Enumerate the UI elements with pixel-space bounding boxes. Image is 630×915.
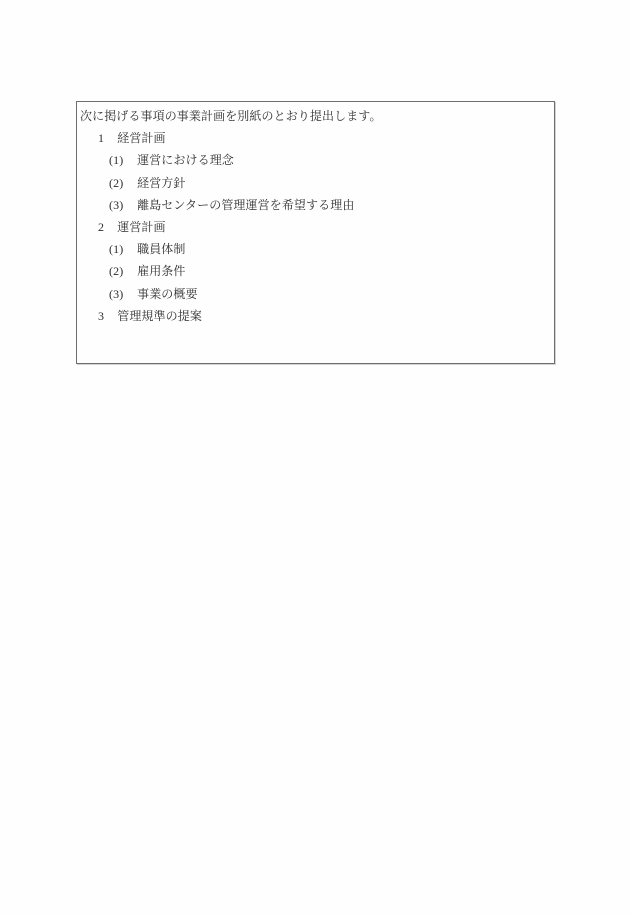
item-number: 3 [98, 305, 104, 327]
item-number: (1) [109, 149, 125, 171]
item-number: (3) [109, 283, 125, 305]
item-number: (2) [109, 172, 125, 194]
item-label: 運営における理念 [137, 153, 234, 167]
item-number: (3) [109, 194, 125, 216]
list-item: (1) 職員体制 [80, 238, 550, 260]
list-item: 1 経営計画 [80, 127, 550, 149]
list-item: (2) 雇用条件 [80, 260, 550, 282]
item-label: 経営方針 [137, 176, 185, 190]
item-number: (2) [109, 260, 125, 282]
item-label: 離島センターの管理運営を希望する理由 [137, 198, 354, 212]
item-number: 1 [98, 127, 104, 149]
item-label: 事業の概要 [137, 287, 198, 301]
item-label: 雇用条件 [137, 264, 185, 278]
item-label: 運営計画 [117, 220, 165, 234]
list-item: 2 運営計画 [80, 216, 550, 238]
item-number: 2 [98, 216, 104, 238]
document-page: 次に掲げる事項の事業計画を別紙のとおり提出します。 1 経営計画 (1) 運営に… [0, 0, 630, 915]
item-label: 管理規準の提案 [117, 309, 202, 323]
business-plan-box: 次に掲げる事項の事業計画を別紙のとおり提出します。 1 経営計画 (1) 運営に… [76, 101, 555, 364]
item-number: (1) [109, 238, 125, 260]
list-item: 3 管理規準の提案 [80, 305, 550, 327]
intro-line: 次に掲げる事項の事業計画を別紙のとおり提出します。 [80, 105, 550, 127]
list-item: (2) 経営方針 [80, 172, 550, 194]
item-label: 職員体制 [137, 242, 185, 256]
list-item: (3) 離島センターの管理運営を希望する理由 [80, 194, 550, 216]
list-item: (3) 事業の概要 [80, 283, 550, 305]
list-item: (1) 運営における理念 [80, 149, 550, 171]
item-label: 経営計画 [117, 131, 165, 145]
intro-text: 次に掲げる事項の事業計画を別紙のとおり提出します。 [80, 109, 382, 123]
